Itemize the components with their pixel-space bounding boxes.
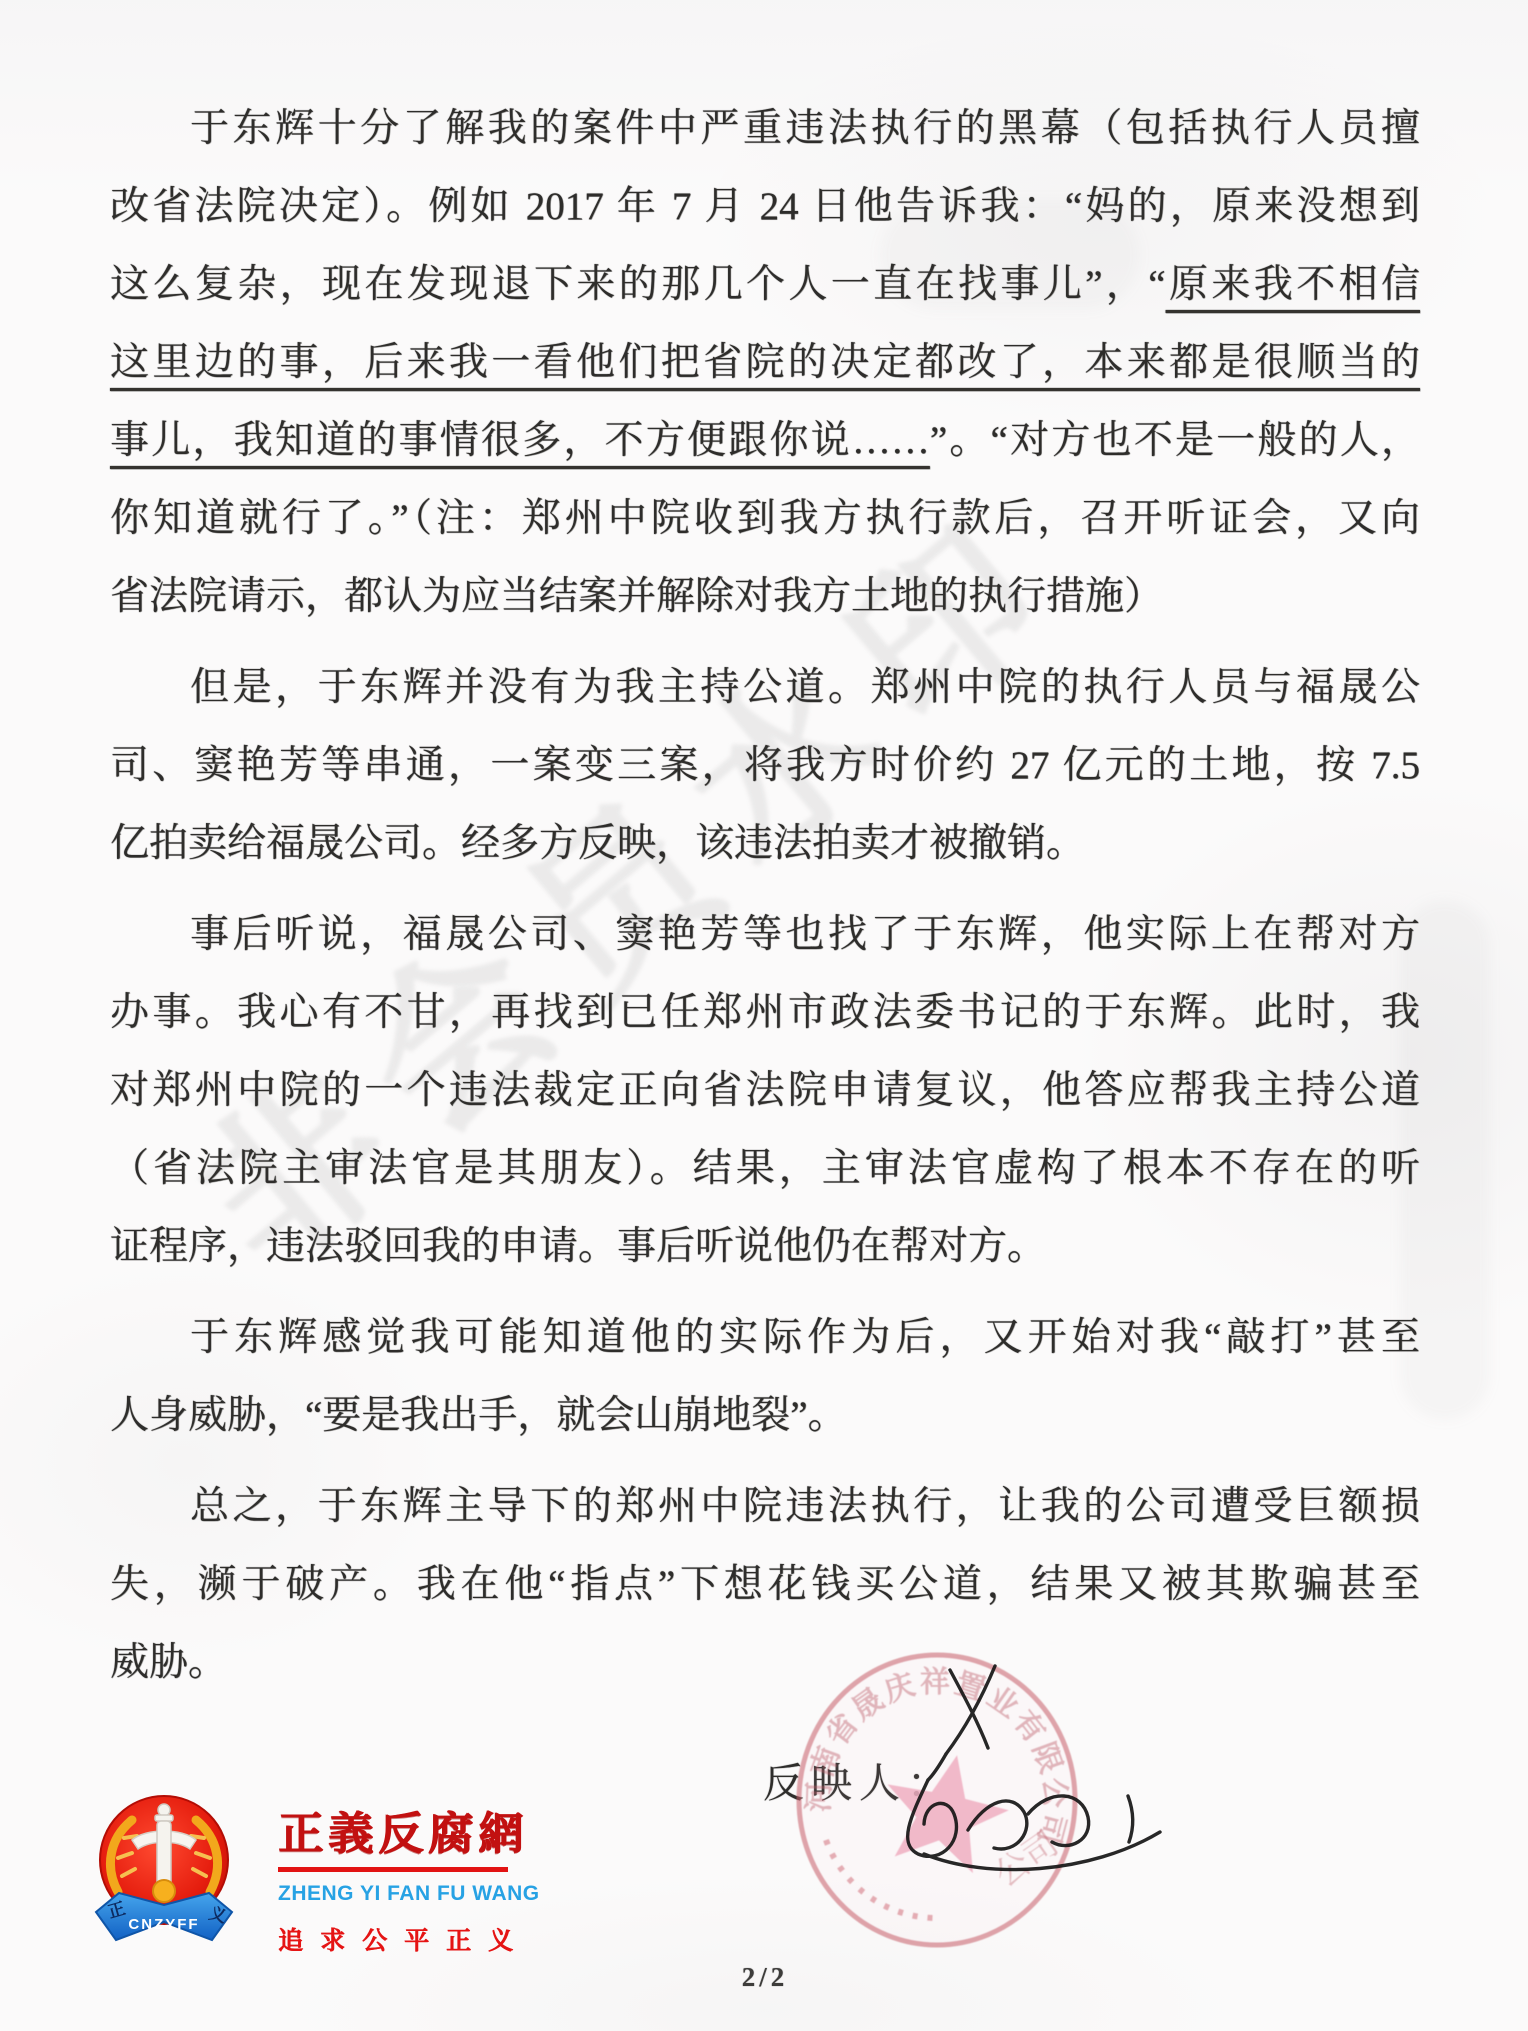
gear-icon [153, 1880, 175, 1902]
text-segment: 你知道就行了。”（注：郑州中院收到我方执行款后，召开听证会，又向 [110, 497, 1420, 540]
text-segment: 但是，于东辉并没有为我主持公道。郑州中院的执行人员与福晟公 [190, 666, 1420, 709]
text-segment: 这么复杂，现在发现退下来的那几个人一直在找事儿”，“ [110, 263, 1166, 306]
text-segment: 威胁。 [110, 1641, 227, 1684]
paragraph: 于东辉感觉我可能知道他的实际作为后，又开始对我“敲打”甚至人身威胁，“要是我出手… [110, 1299, 1420, 1455]
underlined-text: 事儿，我知道的事情很多，不方便跟你说…… [110, 419, 930, 462]
site-name: 正義反腐網 [278, 1810, 538, 1858]
text-line: 对郑州中院的一个违法裁定正向省法院申请复议，他答应帮我主持公道 [110, 1052, 1420, 1130]
document-body: 于东辉十分了解我的案件中严重违法执行的黑幕（包括执行人员擅改省法院决定）。例如 … [110, 90, 1420, 1715]
text-line: 这里边的事，后来我一看他们把省院的决定都改了，本来都是很顺当的 [110, 324, 1420, 402]
text-segment: 改省法院决定）。例如 2017 年 7 月 24 日他告诉我：“妈的，原来没想到 [110, 185, 1420, 228]
text-line: 于东辉感觉我可能知道他的实际作为后，又开始对我“敲打”甚至 [110, 1299, 1420, 1377]
text-line: 证程序，违法驳回我的申请。事后听说他仍在帮对方。 [110, 1208, 1420, 1286]
text-line: 省法院请示，都认为应当结案并解除对我方土地的执行措施） [110, 558, 1420, 636]
document-page: 非会员水印 于东辉十分了解我的案件中严重违法执行的黑幕（包括执行人员擅改省法院决… [0, 0, 1528, 2031]
text-segment: 于东辉十分了解我的案件中严重违法执行的黑幕（包括执行人员擅 [190, 107, 1420, 150]
text-line: 司、窦艳芳等串通，一案变三案，将我方时价约 27 亿元的土地，按 7.5 [110, 727, 1420, 805]
text-line: 这么复杂，现在发现退下来的那几个人一直在找事儿”，“原来我不相信 [110, 246, 1420, 324]
site-emblem-icon: 正 义 CNZYFF [82, 1792, 252, 1982]
paragraph: 总之，于东辉主导下的郑州中院违法执行，让我的公司遭受巨额损失，濒于破产。我在他“… [110, 1468, 1420, 1702]
text-segment: 证程序，违法驳回我的申请。事后听说他仍在帮对方。 [110, 1225, 1046, 1268]
site-pinyin: ZHENG YI FAN FU WANG [278, 1882, 538, 1906]
text-segment: 办事。我心有不甘，再找到已任郑州市政法委书记的于东辉。此时，我 [110, 991, 1420, 1034]
text-line: 于东辉十分了解我的案件中严重违法执行的黑幕（包括执行人员擅 [110, 90, 1420, 168]
text-line: 事后听说，福晟公司、窦艳芳等也找了于东辉，他实际上在帮对方 [110, 896, 1420, 974]
text-segment: （省法院主审法官是其朋友）。结果，主审法官虚构了根本不存在的听 [110, 1147, 1420, 1190]
text-line: 亿拍卖给福晟公司。经多方反映，该违法拍卖才被撤销。 [110, 805, 1420, 883]
site-logo: 正 义 CNZYFF 正義反腐網 ZHENG YI FAN FU WANG 追求… [80, 1788, 540, 1998]
text-line: 你知道就行了。”（注：郑州中院收到我方执行款后，召开听证会，又向 [110, 480, 1420, 558]
site-slogan: 追求公平正义 [278, 1921, 538, 1957]
underlined-text: 原来我不相信 [1166, 263, 1420, 306]
text-line: 人身威胁，“要是我出手，就会山崩地裂”。 [110, 1377, 1420, 1455]
text-segment: 总之，于东辉主导下的郑州中院违法执行，让我的公司遭受巨额损 [190, 1485, 1420, 1528]
text-segment: 对郑州中院的一个违法裁定正向省法院申请复议，他答应帮我主持公道 [110, 1069, 1420, 1112]
paragraph: 但是，于东辉并没有为我主持公道。郑州中院的执行人员与福晟公司、窦艳芳等串通，一案… [110, 649, 1420, 883]
ribbon-badge-text: CNZYFF [128, 1916, 199, 1933]
text-segment: 亿拍卖给福晟公司。经多方反映，该违法拍卖才被撤销。 [110, 822, 1085, 865]
text-line: 威胁。 [110, 1624, 1420, 1702]
text-segment: ”。“对方也不是一般的人， [930, 419, 1420, 462]
paragraph: 于东辉十分了解我的案件中严重违法执行的黑幕（包括执行人员擅改省法院决定）。例如 … [110, 90, 1420, 636]
signature [828, 1628, 1208, 1908]
text-line: 总之，于东辉主导下的郑州中院违法执行，让我的公司遭受巨额损 [110, 1468, 1420, 1546]
text-segment: 人身威胁，“要是我出手，就会山崩地裂”。 [110, 1394, 847, 1437]
text-segment: 省法院请示，都认为应当结案并解除对我方土地的执行措施） [110, 575, 1163, 618]
text-line: 失，濒于破产。我在他“指点”下想花钱买公道，结果又被其欺骗甚至 [110, 1546, 1420, 1624]
text-line: （省法院主审法官是其朋友）。结果，主审法官虚构了根本不存在的听 [110, 1130, 1420, 1208]
text-segment: 于东辉感觉我可能知道他的实际作为后，又开始对我“敲打”甚至 [190, 1316, 1420, 1359]
text-segment: 失，濒于破产。我在他“指点”下想花钱买公道，结果又被其欺骗甚至 [110, 1563, 1420, 1606]
text-segment: 司、窦艳芳等串通，一案变三案，将我方时价约 27 亿元的土地，按 7.5 [110, 744, 1420, 787]
text-line: 办事。我心有不甘，再找到已任郑州市政法委书记的于东辉。此时，我 [110, 974, 1420, 1052]
text-line: 但是，于东辉并没有为我主持公道。郑州中院的执行人员与福晟公 [110, 649, 1420, 727]
text-line: 事儿，我知道的事情很多，不方便跟你说……”。“对方也不是一般的人， [110, 402, 1420, 480]
text-line: 改省法院决定）。例如 2017 年 7 月 24 日他告诉我：“妈的，原来没想到 [110, 168, 1420, 246]
underlined-text: 这里边的事，后来我一看他们把省院的决定都改了，本来都是很顺当的 [110, 341, 1420, 384]
paragraph: 事后听说，福晟公司、窦艳芳等也找了于东辉，他实际上在帮对方办事。我心有不甘，再找… [110, 896, 1420, 1286]
text-segment: 事后听说，福晟公司、窦艳芳等也找了于东辉，他实际上在帮对方 [190, 913, 1420, 956]
site-rule [278, 1867, 508, 1872]
page-number: 2/2 [690, 1962, 840, 1993]
